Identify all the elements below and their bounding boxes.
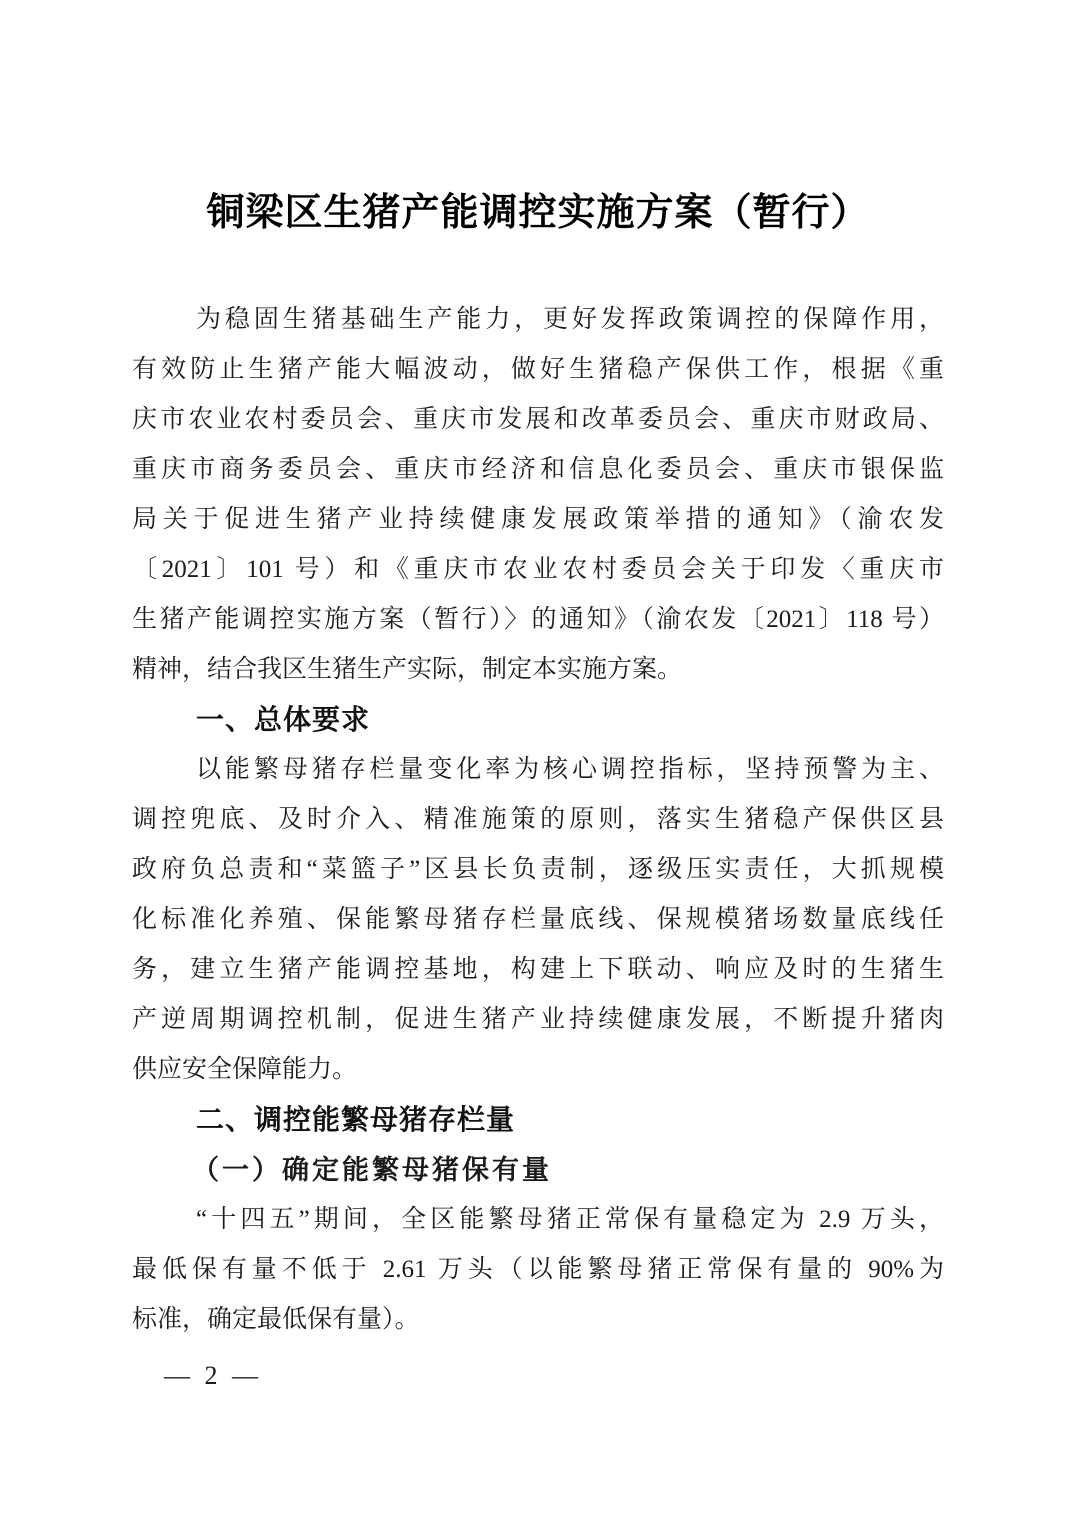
text-line: 庆市农业农村委员会、重庆市发展和改革委员会、重庆市财政局、	[132, 395, 944, 445]
text-line: 调控兜底、及时介入、精准施策的原则，落实生猪稳产保供区县	[132, 795, 944, 845]
text-line: 精神，结合我区生猪生产实际，制定本实施方案。	[132, 645, 944, 695]
text-line: 以能繁母猪存栏量变化率为核心调控指标，坚持预警为主、	[132, 745, 944, 795]
document-title: 铜梁区生猪产能调控实施方案（暂行）	[132, 186, 944, 240]
document-page: 铜梁区生猪产能调控实施方案（暂行） 为稳固生猪基础生产能力，更好发挥政策调控的保…	[0, 0, 1074, 1520]
text-line: 为稳固生猪基础生产能力，更好发挥政策调控的保障作用，	[132, 295, 944, 345]
intro-paragraph: 为稳固生猪基础生产能力，更好发挥政策调控的保障作用，有效防止生猪产能大幅波动，做…	[132, 295, 944, 695]
section-2-subheading: （一）确定能繁母猪保有量	[132, 1145, 944, 1195]
text-line: 供应安全保障能力。	[132, 1045, 944, 1095]
text-line: 有效防止生猪产能大幅波动，做好生猪稳产保供工作，根据《重	[132, 345, 944, 395]
page-number: — 2 —	[164, 1361, 944, 1391]
text-line: 局关于促进生猪产业持续健康发展政策举措的通知》（渝农发	[132, 495, 944, 545]
document-content: 铜梁区生猪产能调控实施方案（暂行） 为稳固生猪基础生产能力，更好发挥政策调控的保…	[0, 0, 1074, 1391]
text-line: 化标准化养殖、保能繁母猪存栏量底线、保规模猪场数量底线任	[132, 895, 944, 945]
text-line: “十四五”期间，全区能繁母猪正常保有量稳定为 2.9 万头，	[132, 1195, 944, 1245]
text-line: 产逆周期调控机制，促进生猪产业持续健康发展，不断提升猪肉	[132, 995, 944, 1045]
section-1-heading: 一、总体要求	[132, 695, 944, 745]
section-2-heading: 二、调控能繁母猪存栏量	[132, 1095, 944, 1145]
text-line: 〔2021〕101 号）和《重庆市农业农村委员会关于印发〈重庆市	[132, 545, 944, 595]
text-line: 政府负总责和“菜篮子”区县长负责制，逐级压实责任，大抓规模	[132, 845, 944, 895]
text-line: 重庆市商务委员会、重庆市经济和信息化委员会、重庆市银保监	[132, 445, 944, 495]
section-1-paragraph: 以能繁母猪存栏量变化率为核心调控指标，坚持预警为主、调控兜底、及时介入、精准施策…	[132, 745, 944, 1095]
section-2-paragraph: “十四五”期间，全区能繁母猪正常保有量稳定为 2.9 万头，最低保有量不低于 2…	[132, 1195, 944, 1345]
text-line: 务，建立生猪产能调控基地，构建上下联动、响应及时的生猪生	[132, 945, 944, 995]
text-line: 生猪产能调控实施方案（暂行）〉的通知》（渝农发〔2021〕118 号）	[132, 595, 944, 645]
text-line: 标准，确定最低保有量）。	[132, 1295, 944, 1345]
text-line: 最低保有量不低于 2.61 万头（以能繁母猪正常保有量的 90%为	[132, 1245, 944, 1295]
